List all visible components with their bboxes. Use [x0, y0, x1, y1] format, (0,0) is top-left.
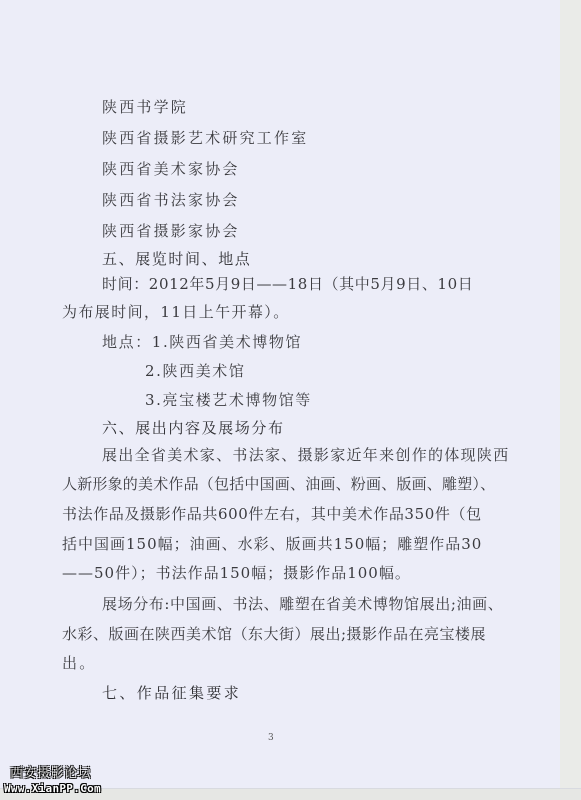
section6-para2-line2: 水彩、版画在陕西美术馆（东大街）展出;摄影作品在亮宝楼展 [62, 623, 486, 644]
section5-time-line2: 为布展时间，11日上午开幕）。 [62, 301, 290, 322]
section5-venue3: 3.亮宝楼艺术博物馆等 [145, 389, 312, 410]
page-number: 3 [268, 733, 274, 743]
section6-para1-line2: 人新形象的美术作品（包括中国画、油画、粉画、版画、雕塑）、 [62, 473, 495, 494]
section6-para2-line3: 出。 [62, 652, 96, 673]
organizer-1: 陕西书学院 [102, 96, 188, 117]
organizer-2: 陕西省摄影艺术研究工作室 [102, 127, 308, 148]
scanned-page: 陕西书学院 陕西省摄影艺术研究工作室 陕西省美术家协会 陕西省书法家协会 陕西省… [0, 0, 560, 788]
section5-heading: 五、展览时间、地点 [102, 248, 251, 269]
section6-para1-line4: 括中国画150幅；油画、水彩、版画共150幅；雕塑作品30 [62, 533, 482, 554]
organizer-4: 陕西省书法家协会 [102, 189, 240, 210]
section6-para2-line1: 展场分布:中国画、书法、雕塑在省美术博物馆展出;油画、 [102, 593, 503, 614]
watermark-name: 西安摄影论坛 [10, 767, 101, 780]
watermark-url: Www.XianPP.Com [4, 783, 101, 794]
section6-para1-line1: 展出全省美术家、书法家、摄影家近年来创作的体现陕西 [102, 444, 510, 465]
section6-para1-line5: ——50件）；书法作品150幅；摄影作品100幅。 [62, 562, 411, 583]
section7-heading: 七、作品征集要求 [102, 682, 241, 703]
section5-venue1: 地点：1.陕西省美术博物馆 [102, 331, 302, 352]
section6-heading: 六、展出内容及展场分布 [102, 417, 285, 438]
watermark: 西安摄影论坛 Www.XianPP.Com [10, 767, 101, 794]
organizer-5: 陕西省摄影家协会 [102, 220, 240, 241]
section5-venue2: 2.陕西美术馆 [145, 360, 246, 381]
section6-para1-line3: 书法作品及摄影作品共600件左右，其中美术作品350件（包 [62, 503, 482, 524]
organizer-3: 陕西省美术家协会 [102, 158, 240, 179]
scan-edge-right [560, 0, 581, 800]
section5-time-line1: 时间：2012年5月9日——18日（其中5月9日、10日 [102, 273, 473, 294]
